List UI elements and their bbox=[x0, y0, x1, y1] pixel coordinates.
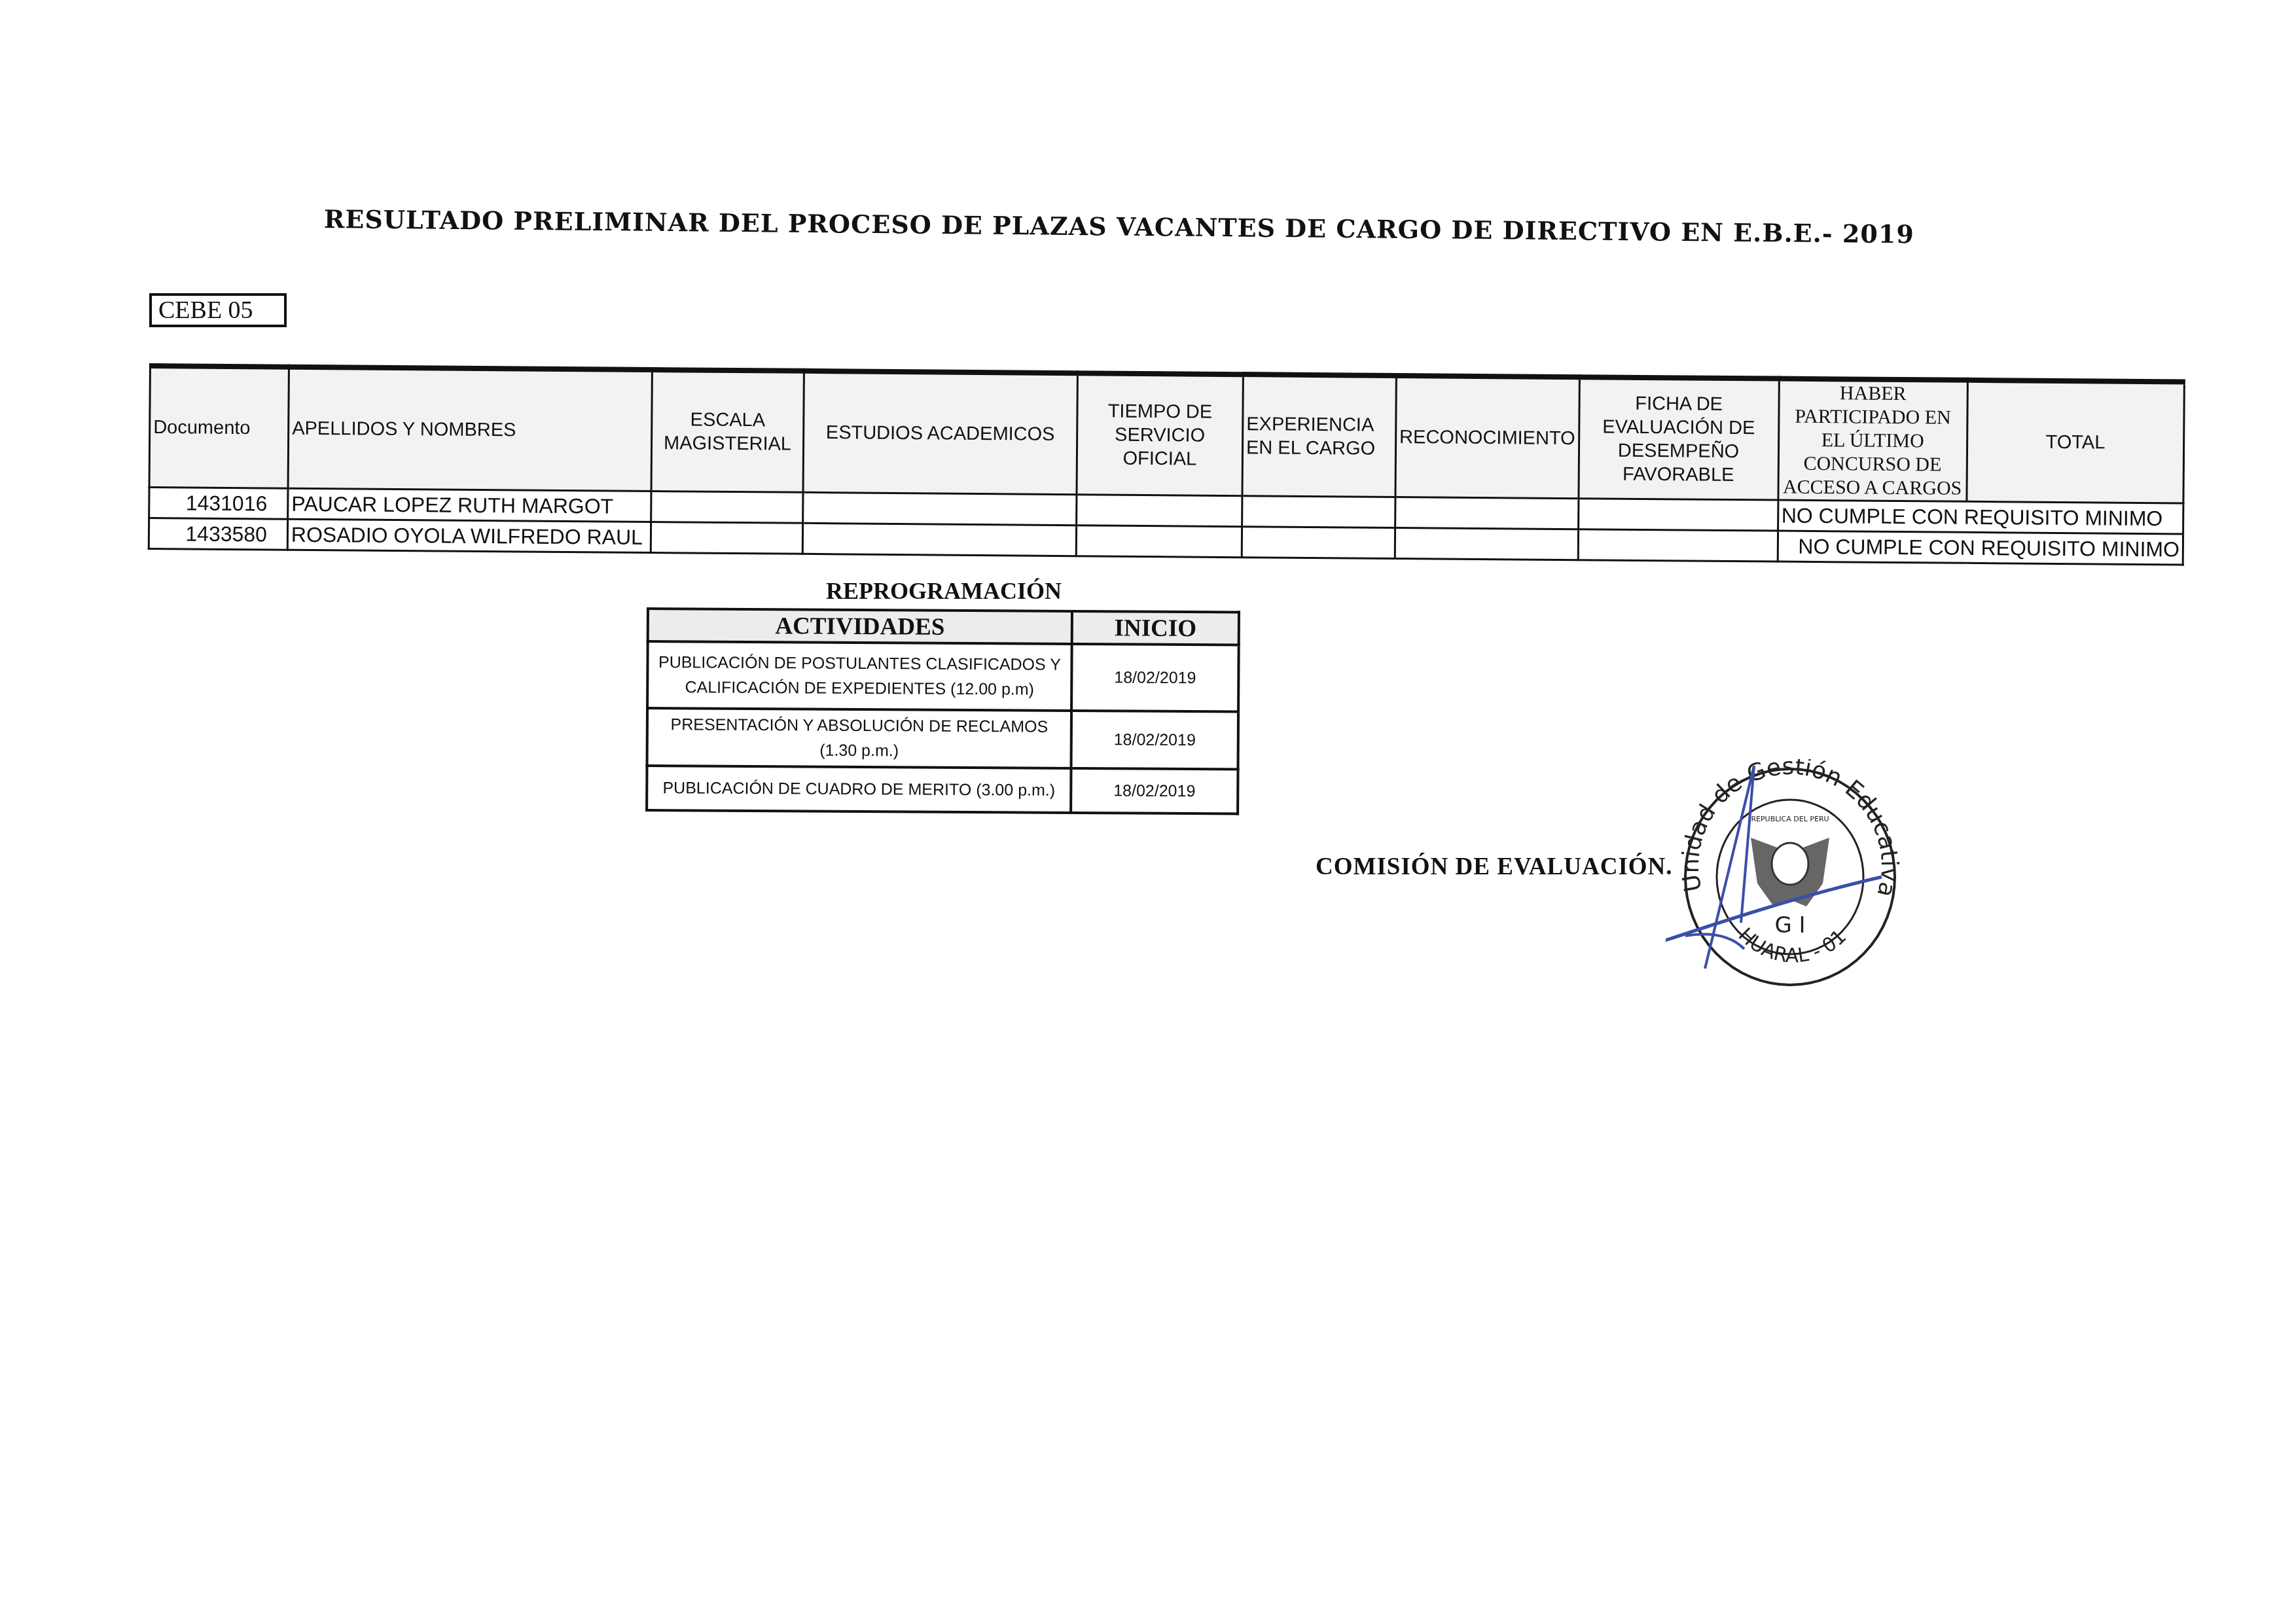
cell-estudios bbox=[803, 492, 1077, 525]
reprogramacion-table: ACTIVIDADES INICIO PUBLICACIÓN DE POSTUL… bbox=[645, 607, 1240, 815]
stamp-inner-text: REPUBLICA DEL PERU bbox=[1751, 815, 1829, 823]
cell-tiempo bbox=[1077, 495, 1242, 527]
section-label: CEBE 05 bbox=[149, 293, 287, 327]
header-actividades: ACTIVIDADES bbox=[648, 609, 1072, 644]
cell-inicio: 18/02/2019 bbox=[1071, 768, 1238, 814]
cell-estudios bbox=[802, 523, 1076, 556]
reprogramacion-title: REPROGRAMACIÓN bbox=[826, 577, 1062, 605]
table-row: PUBLICACIÓN DE CUADRO DE MERITO (3.00 p.… bbox=[647, 766, 1238, 814]
cell-actividad: PRESENTACIÓN Y ABSOLUCIÓN DE RECLAMOS (1… bbox=[647, 708, 1072, 768]
cell-reconocimiento bbox=[1395, 497, 1579, 529]
table-row: PUBLICACIÓN DE POSTULANTES CLASIFICADOS … bbox=[647, 641, 1239, 712]
cell-documento: 1431016 bbox=[149, 488, 288, 520]
cell-documento: 1433580 bbox=[149, 518, 287, 550]
cell-tiempo bbox=[1076, 526, 1242, 558]
cell-experiencia bbox=[1242, 496, 1395, 528]
cell-inicio: 18/02/2019 bbox=[1071, 644, 1239, 712]
cell-inicio: 18/02/2019 bbox=[1071, 711, 1239, 770]
header-inicio: INICIO bbox=[1072, 611, 1239, 645]
cell-escala bbox=[651, 522, 802, 554]
cell-ficha bbox=[1578, 529, 1778, 562]
commission-label: COMISIÓN DE EVALUACIÓN. bbox=[1316, 853, 1673, 881]
table-row: PRESENTACIÓN Y ABSOLUCIÓN DE RECLAMOS (1… bbox=[647, 708, 1239, 770]
cell-resultado: NO CUMPLE CON REQUISITO MINIMO bbox=[1778, 531, 2183, 565]
results-table: Documento APELLIDOS Y NOMBRES ESCALA MAG… bbox=[148, 363, 2185, 565]
document-title: RESULTADO PRELIMINAR DEL PROCESO DE PLAZ… bbox=[324, 204, 1829, 248]
cell-ficha bbox=[1578, 499, 1778, 531]
header-total: TOTAL bbox=[1967, 380, 2185, 503]
stamp-center-text: G I bbox=[1774, 912, 1805, 938]
header-apellidos: APELLIDOS Y NOMBRES bbox=[288, 367, 652, 491]
cell-nombre: PAUCAR LOPEZ RUTH MARGOT bbox=[288, 488, 651, 522]
cell-nombre: ROSADIO OYOLA WILFREDO RAUL bbox=[287, 519, 651, 552]
header-ficha: FICHA DE EVALUACIÓN DE DESEMPEÑO FAVORAB… bbox=[1578, 377, 1778, 500]
header-row: ACTIVIDADES INICIO bbox=[648, 609, 1239, 645]
header-tiempo: TIEMPO DE SERVICIO OFICIAL bbox=[1077, 373, 1243, 495]
cell-resultado: NO CUMPLE CON REQUISITO MINIMO bbox=[1778, 500, 2183, 534]
header-experiencia: EXPERIENCIA EN EL CARGO bbox=[1242, 374, 1396, 497]
cell-reconocimiento bbox=[1395, 527, 1578, 560]
header-haber: HABER PARTICIPADO EN EL ÚLTIMO CONCURSO … bbox=[1778, 379, 1967, 502]
cell-escala bbox=[651, 491, 803, 524]
header-row: Documento APELLIDOS Y NOMBRES ESCALA MAG… bbox=[149, 366, 2184, 503]
cell-actividad: PUBLICACIÓN DE POSTULANTES CLASIFICADOS … bbox=[647, 641, 1072, 711]
cell-actividad: PUBLICACIÓN DE CUADRO DE MERITO (3.00 p.… bbox=[647, 766, 1071, 813]
header-estudios: ESTUDIOS ACADEMICOS bbox=[803, 371, 1077, 495]
cell-experiencia bbox=[1242, 527, 1395, 559]
header-escala: ESCALA MAGISTERIAL bbox=[651, 370, 804, 492]
header-reconocimiento: RECONOCIMIENTO bbox=[1395, 376, 1579, 499]
official-stamp-icon: Unidad de Gestión Educativa Local N° 10 … bbox=[1666, 759, 1914, 995]
header-documento: Documento bbox=[149, 366, 289, 488]
